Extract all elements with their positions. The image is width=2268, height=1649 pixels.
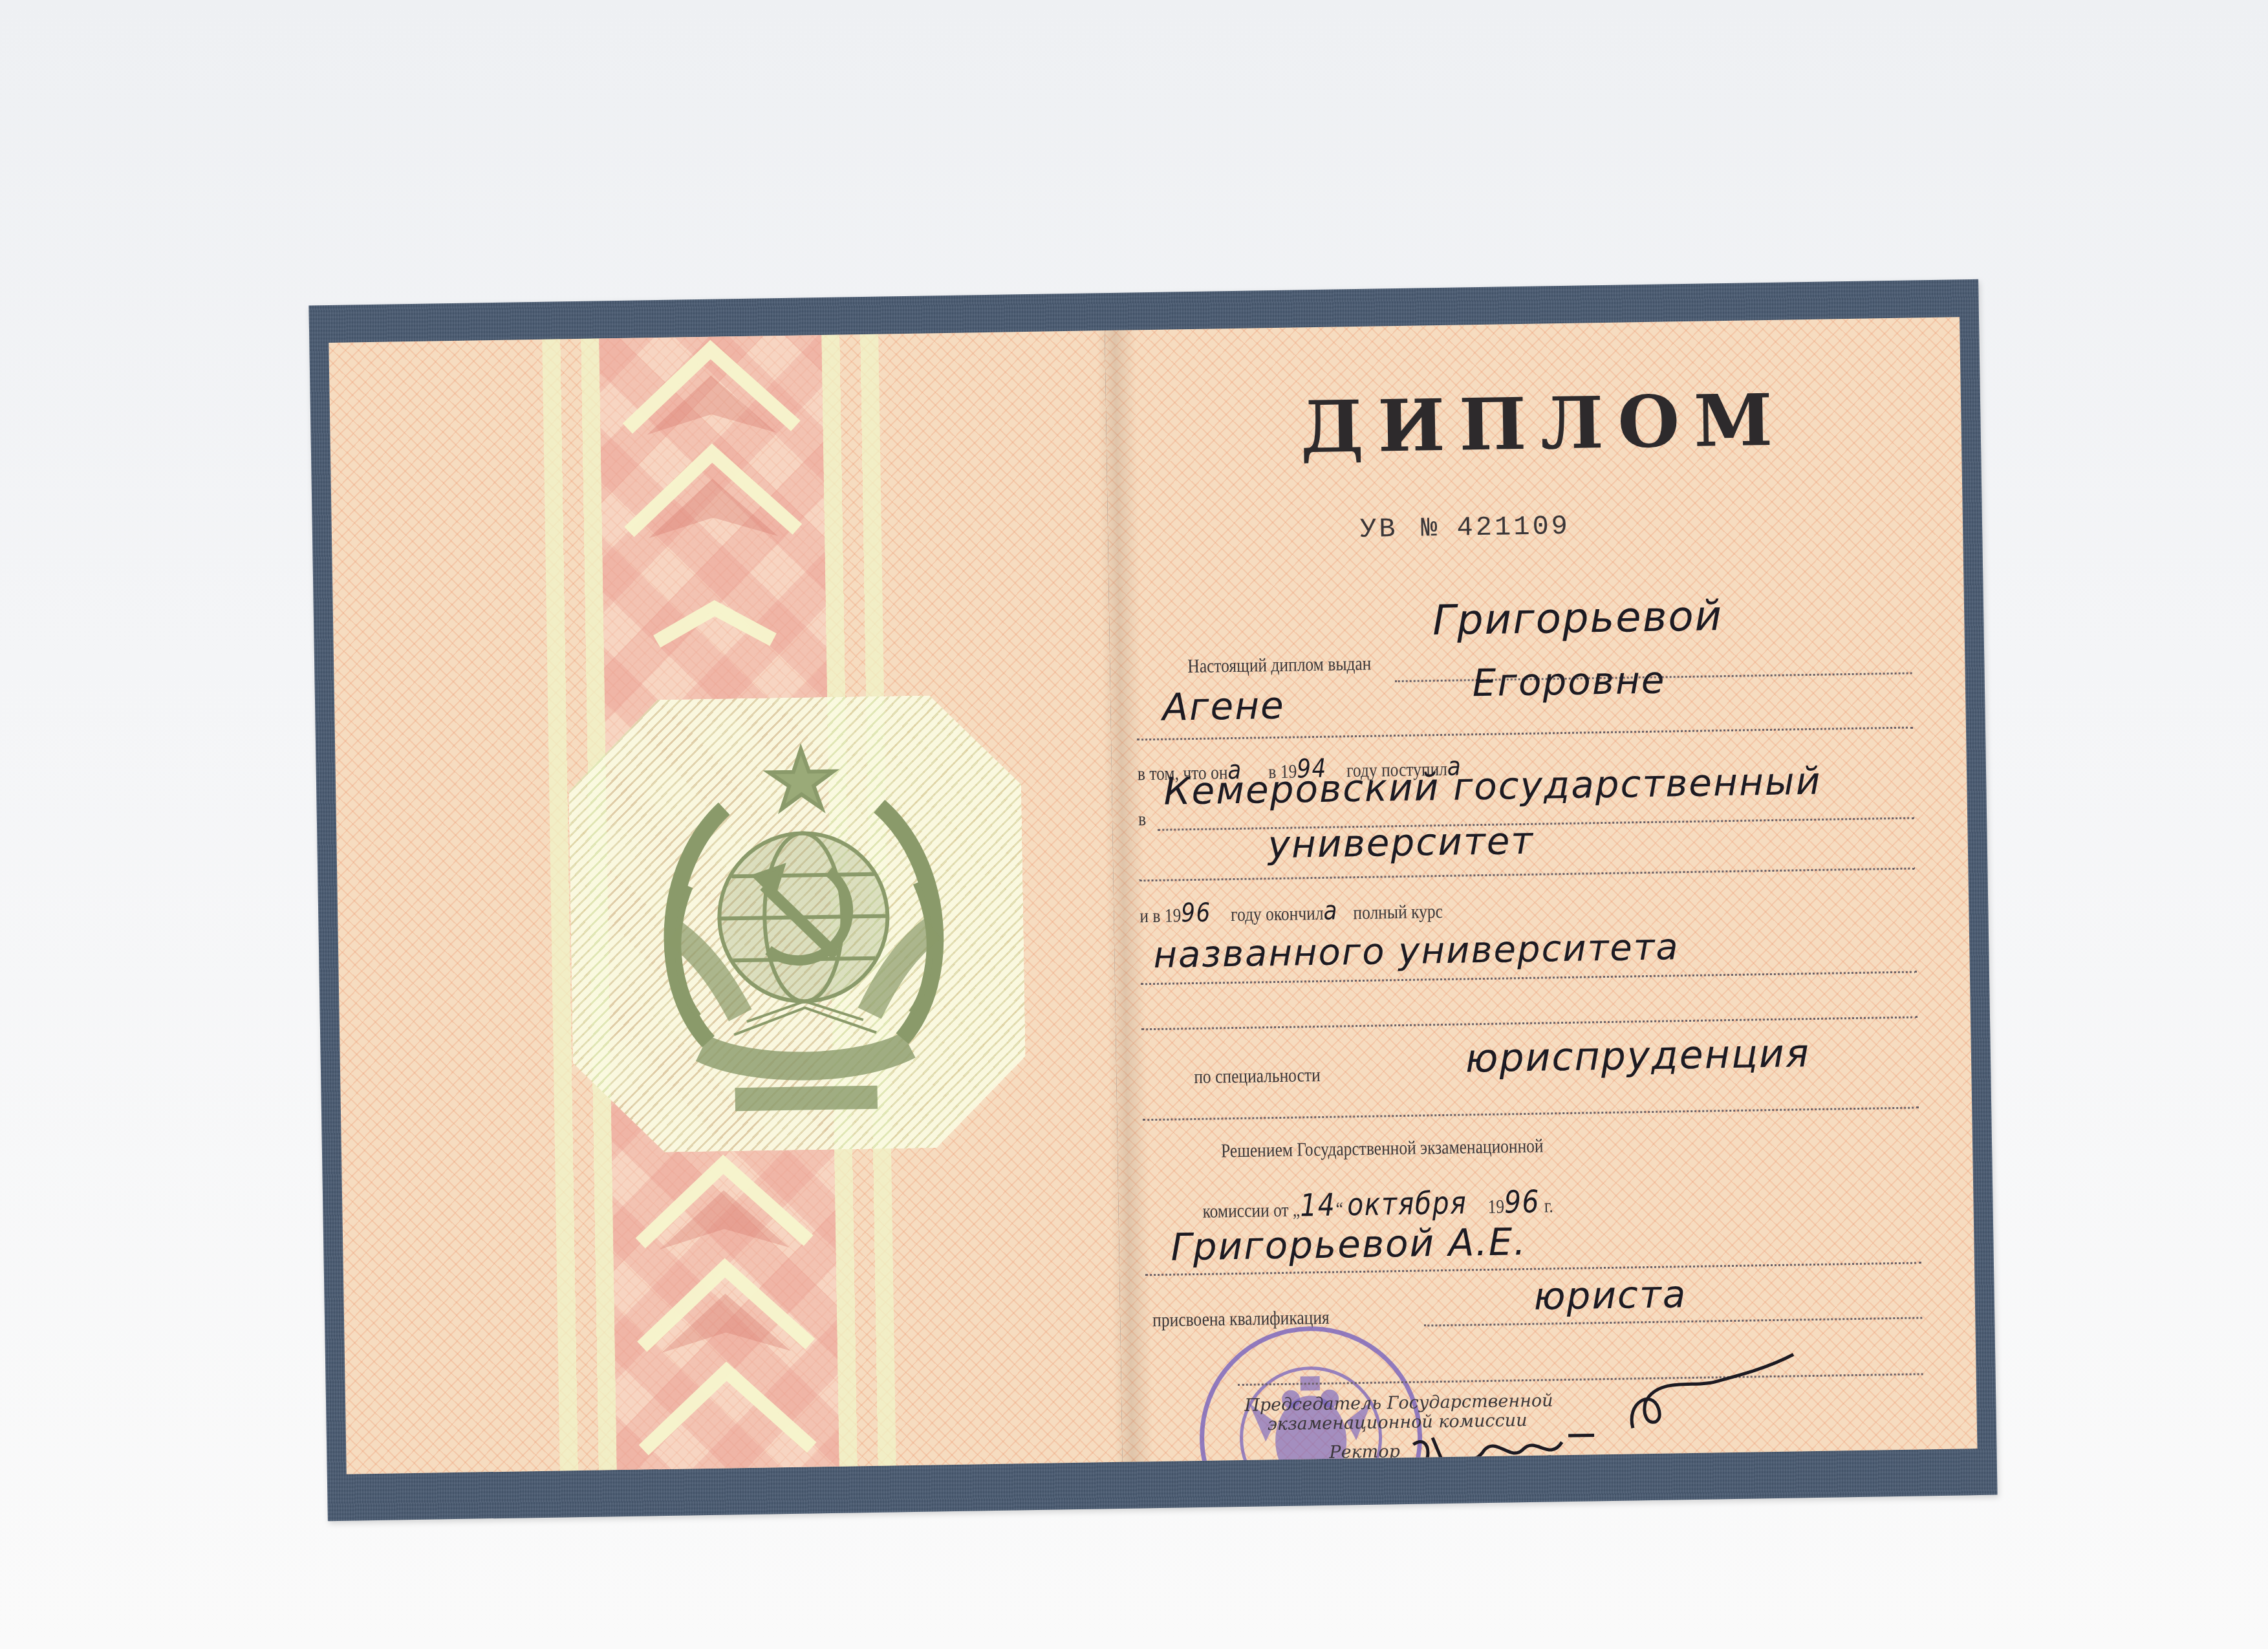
decision-month-field: октября (1347, 1185, 1467, 1223)
year-finished-field: 96 (1181, 898, 1211, 929)
right-page: ДИПЛОМ УВ№421109 Настоящий диплом выдан … (1105, 317, 1977, 1462)
first-name-field: Агене (1162, 684, 1285, 729)
institution-field-line2: университет (1268, 819, 1534, 867)
emblem-icon (632, 733, 975, 1126)
recipient-short-field: Григорьевой А.Е. (1171, 1220, 1527, 1269)
rector-label: Ректор (1329, 1441, 1400, 1462)
diploma-serial-number: УВ№421109 (1360, 511, 1571, 545)
course-field: названного университета (1153, 926, 1679, 976)
specialty-label: по специальности (1194, 1064, 1321, 1088)
specialty-field: юриспруденция (1465, 1031, 1810, 1081)
left-page (329, 330, 1122, 1474)
in-label: в (1138, 808, 1147, 830)
series: УВ (1360, 513, 1398, 545)
patronymic-field: Егоровне (1472, 658, 1666, 706)
decision-year-field: 96 (1504, 1184, 1540, 1221)
number: 421109 (1456, 511, 1570, 544)
institution-field-line1: Кемеровский государственный (1163, 759, 1822, 814)
diploma-title: ДИПЛОМ (1300, 378, 1787, 469)
surname-field: Григорьевой (1432, 592, 1723, 645)
secretary-signature (1407, 1448, 1615, 1462)
diploma-cover: ДИПЛОМ УВ№421109 Настоящий диплом выдан … (308, 279, 1997, 1521)
finished-label: и в 1996 году окончила полный курс (1139, 894, 1443, 929)
qualification-field: юриста (1533, 1272, 1687, 1319)
issued-to-label: Настоящий диплом выдан (1187, 653, 1372, 678)
number-sign: № (1421, 513, 1440, 544)
decision-day-field: 14 (1300, 1187, 1336, 1224)
commission-date-line: комиссии от „14“ октября 1996 г. (1202, 1183, 1553, 1225)
decision-label: Решением Государственной экзаменационной (1221, 1136, 1544, 1163)
chairman-signature (1619, 1348, 1801, 1441)
